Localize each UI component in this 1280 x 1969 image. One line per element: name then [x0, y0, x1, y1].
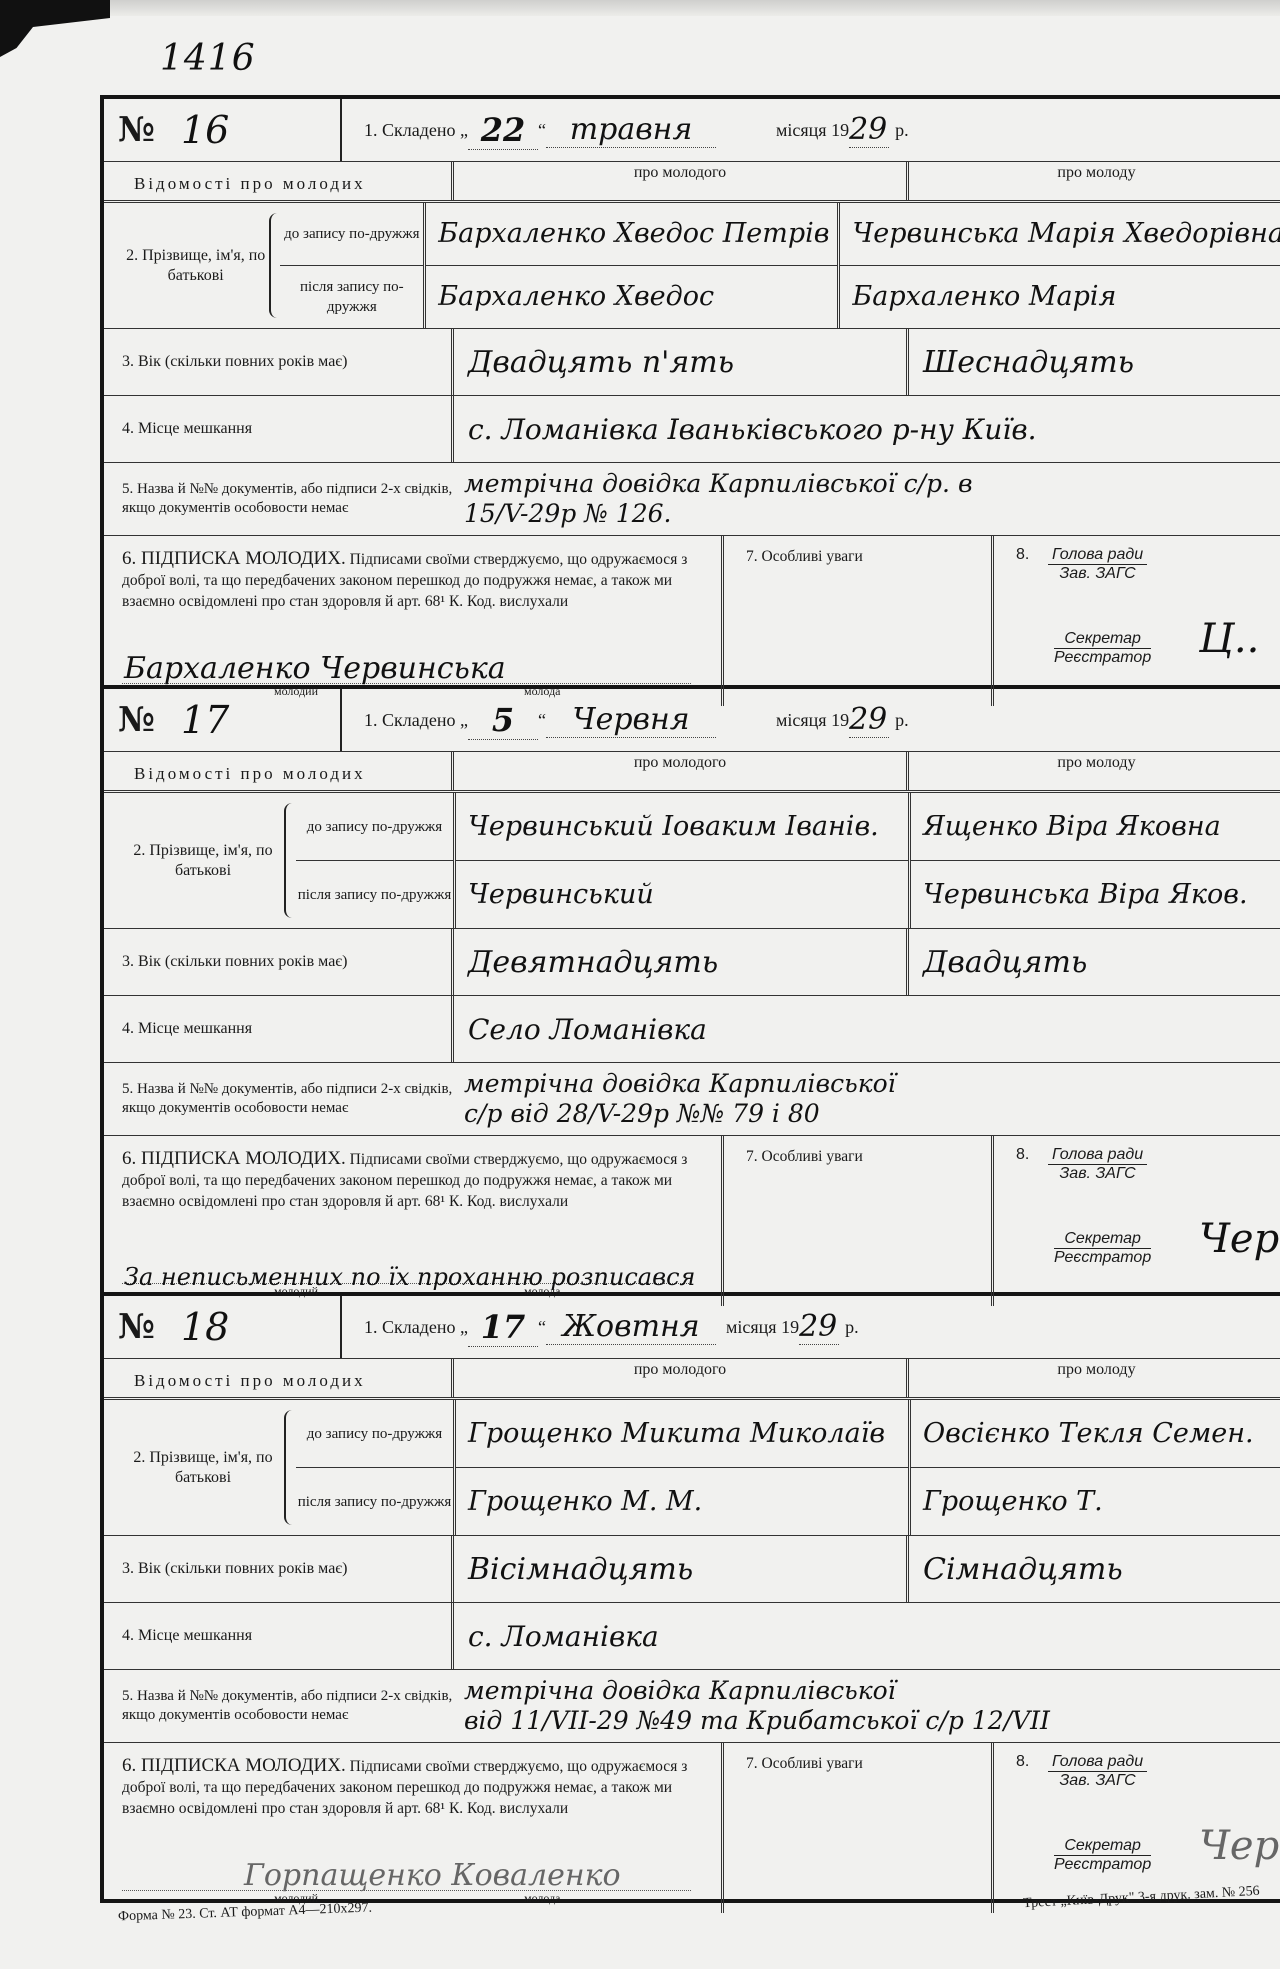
groom-name-after: Грощенко М. М.	[456, 1468, 908, 1535]
groom-name-after: Червинський	[456, 861, 908, 928]
date-month: Червня	[546, 702, 716, 738]
officials-block: 8. Голова радиЗав. ЗАГС СекретарРеєстрат…	[994, 1136, 1280, 1306]
special-notes-label: 7. Особливі уваги	[724, 1743, 994, 1913]
oath-block: 6. ПІДПИСКА МОЛОДИХ. Підписами своїми ст…	[104, 1136, 724, 1306]
record-number-value: 18	[181, 1305, 229, 1349]
signature-row: 6. ПІДПИСКА МОЛОДИХ. Підписами своїми ст…	[104, 536, 1280, 706]
age-label: 3. Вік (скільки повних років має)	[104, 329, 454, 395]
groom-age: Вісімнадцять	[454, 1536, 909, 1602]
registrar-label: Реєстратор	[1054, 1249, 1151, 1267]
groom-age: Девятнадцять	[454, 929, 909, 995]
record-header: № 17 1. Складено „ 5 “ Червня місяця 19 …	[104, 689, 1280, 752]
bride-name-after: Бархаленко Марія	[840, 266, 1280, 328]
documents-value: метрічна довідка Карпилівської с/р. в15/…	[454, 463, 1280, 535]
section-title: Відомості про молодих	[104, 162, 454, 200]
groom-name-before: Грощенко Микита Миколаїв	[456, 1400, 908, 1468]
special-notes-label: 7. Особливі уваги	[724, 1136, 994, 1306]
age-row: 3. Вік (скільки повних років має) Двадця…	[104, 329, 1280, 396]
residence-value: с. Ломанівка Іваньківського р-ну Київ.	[454, 396, 1280, 462]
special-notes-label: 7. Особливі уваги	[724, 536, 994, 706]
year-suffix: р.	[845, 1317, 859, 1338]
oath-title: 6. ПІДПИСКА МОЛОДИХ.	[122, 1148, 346, 1169]
record-number-value: 17	[181, 698, 229, 742]
age-row: 3. Вік (скільки повних років має) Девятн…	[104, 929, 1280, 996]
compiled-date: 1. Складено „ 22 “ травня місяця 19 29 р…	[342, 111, 1280, 150]
documents-line-2: від 11/VII-29 №49 та Крибатської с/р 12/…	[464, 1706, 1050, 1736]
zags-head-label: Зав. ЗАГС	[1048, 1165, 1147, 1183]
compiled-label: 1. Складено „	[364, 1317, 468, 1338]
bride-column-header: про молоду	[909, 752, 1280, 790]
oath-title: 6. ПІДПИСКА МОЛОДИХ.	[122, 1755, 346, 1776]
before-marriage-label: до запису по-дружжя	[296, 793, 453, 861]
record-number: № 17	[104, 689, 342, 751]
name-label: 2. Прізвище, ім'я, по батькові	[104, 203, 269, 328]
quote-mark: “	[538, 1317, 546, 1338]
oath-block: 6. ПІДПИСКА МОЛОДИХ. Підписами своїми ст…	[104, 1743, 724, 1913]
documents-line-1: метрічна довідка Карпилівської с/р. в	[464, 469, 973, 499]
documents-value: метрічна довідка Карпилівськоїс/р від 28…	[454, 1063, 1280, 1135]
date-day: 5	[468, 701, 538, 740]
documents-line-2: 15/V-29р № 126.	[464, 499, 671, 529]
groom-column-header: про молодого	[454, 1359, 909, 1397]
documents-label: 5. Назва й №№ документів, або підписи 2-…	[104, 463, 454, 535]
age-label: 3. Вік (скільки повних років має)	[104, 929, 454, 995]
number-sign: №	[118, 700, 155, 740]
after-marriage-label: після запису по-дружжя	[296, 1468, 453, 1535]
registrar-signature: Чер..	[1199, 1216, 1280, 1262]
record-18: № 18 1. Складено „ 17 “ Жовтня місяця 19…	[104, 1296, 1280, 1903]
brace	[284, 1410, 296, 1525]
couple-signatures: Горпащенко Коваленко	[244, 1861, 621, 1891]
brace	[269, 213, 280, 318]
groom-name-before: Червинський Іоваким Іванів.	[456, 793, 908, 861]
documents-row: 5. Назва й №№ документів, або підписи 2-…	[104, 463, 1280, 536]
documents-line-2: с/р від 28/V-29р №№ 79 і 80	[464, 1099, 820, 1129]
head-of-council-label: Голова ради	[1048, 1146, 1147, 1165]
date-year: 29	[849, 702, 889, 738]
bride-name-after: Грощенко Т.	[911, 1468, 1280, 1535]
age-row: 3. Вік (скільки повних років має) Вісімн…	[104, 1536, 1280, 1603]
registrar-signature: Чер..	[1199, 1823, 1280, 1869]
compiled-label: 1. Складено „	[364, 710, 468, 731]
name-label: 2. Прізвище, ім'я, по батькові	[104, 793, 284, 928]
bride-name-before: Овсієнко Текля Семен.	[911, 1400, 1280, 1468]
oath-title: 6. ПІДПИСКА МОЛОДИХ.	[122, 548, 346, 569]
name-row: 2. Прізвище, ім'я, по батькові до запису…	[104, 793, 1280, 929]
quote-mark: “	[538, 710, 546, 731]
name-label: 2. Прізвище, ім'я, по батькові	[104, 1400, 284, 1535]
date-year: 29	[849, 112, 889, 148]
signature-row: 6. ПІДПИСКА МОЛОДИХ. Підписами своїми ст…	[104, 1136, 1280, 1306]
after-marriage-label: після запису по-дружжя	[296, 861, 453, 928]
compiled-date: 1. Складено „ 17 “ Жовтня місяця 19 29 р…	[342, 1308, 1280, 1347]
year-suffix: р.	[895, 710, 909, 731]
section-title: Відомості про молодих	[104, 1359, 454, 1397]
secretary-label: Секретар	[1054, 1230, 1151, 1249]
number-sign: №	[118, 110, 155, 150]
section-header: Відомості про молодих про молодого про м…	[104, 1359, 1280, 1400]
oath-block: 6. ПІДПИСКА МОЛОДИХ. Підписами своїми ст…	[104, 536, 724, 706]
signature-row: 6. ПІДПИСКА МОЛОДИХ. Підписами своїми ст…	[104, 1743, 1280, 1913]
record-header: № 18 1. Складено „ 17 “ Жовтня місяця 19…	[104, 1296, 1280, 1359]
bride-age: Сімнадцять	[909, 1536, 1280, 1602]
officials-number: 8.	[1016, 1753, 1044, 1771]
documents-line-1: метрічна довідка Карпилівської	[464, 1069, 896, 1099]
section-title: Відомості про молодих	[104, 752, 454, 790]
residence-row: 4. Місце мешкання с. Ломанівка	[104, 1603, 1280, 1670]
residence-value: Село Ломанівка	[454, 996, 1280, 1062]
zags-head-label: Зав. ЗАГС	[1048, 565, 1147, 583]
bride-age: Двадцять	[909, 929, 1280, 995]
marriage-register-form: № 16 1. Складено „ 22 “ травня місяця 19…	[100, 95, 1280, 1903]
record-header: № 16 1. Складено „ 22 “ травня місяця 19…	[104, 99, 1280, 162]
bride-column-header: про молоду	[909, 1359, 1280, 1397]
documents-row: 5. Назва й №№ документів, або підписи 2-…	[104, 1063, 1280, 1136]
groom-age: Двадцять п'ять	[454, 329, 909, 395]
record-number: № 16	[104, 99, 342, 161]
officials-block: 8. Голова радиЗав. ЗАГС СекретарРеєстрат…	[994, 536, 1280, 706]
page-shadow	[110, 0, 1280, 16]
residence-row: 4. Місце мешкання Село Ломанівка	[104, 996, 1280, 1063]
month-label: місяця 19	[776, 710, 849, 731]
after-marriage-label: після запису по-дружжя	[280, 266, 423, 328]
documents-label: 5. Назва й №№ документів, або підписи 2-…	[104, 1063, 454, 1135]
documents-value: метрічна довідка Карпилівськоївід 11/VII…	[454, 1670, 1280, 1742]
date-month: Жовтня	[546, 1309, 716, 1345]
year-suffix: р.	[895, 120, 909, 141]
age-label: 3. Вік (скільки повних років має)	[104, 1536, 454, 1602]
date-day: 17	[468, 1308, 538, 1347]
head-of-council-label: Голова ради	[1048, 1753, 1147, 1772]
couple-signatures: Бархаленко Червинська	[124, 654, 506, 684]
registrar-signature: Ц..	[1199, 616, 1259, 662]
residence-value: с. Ломанівка	[454, 1603, 1280, 1669]
month-label: місяця 19	[776, 120, 849, 141]
before-marriage-label: до запису по-дружжя	[280, 203, 423, 266]
registrar-label: Реєстратор	[1054, 649, 1151, 667]
officials-number: 8.	[1016, 546, 1044, 564]
quote-mark: “	[538, 120, 546, 141]
record-number-value: 16	[181, 108, 229, 152]
couple-signatures: За неписьменних по їх проханню розписавс…	[124, 1262, 695, 1292]
documents-label: 5. Назва й №№ документів, або підписи 2-…	[104, 1670, 454, 1742]
before-marriage-label: до запису по-дружжя	[296, 1400, 453, 1468]
record-16: № 16 1. Складено „ 22 “ травня місяця 19…	[104, 99, 1280, 689]
bride-name-after: Червинська Віра Яков.	[911, 861, 1280, 928]
documents-row: 5. Назва й №№ документів, або підписи 2-…	[104, 1670, 1280, 1743]
compiled-date: 1. Складено „ 5 “ Червня місяця 19 29 р.	[342, 701, 1280, 740]
registrar-label: Реєстратор	[1054, 1856, 1151, 1874]
documents-line-1: метрічна довідка Карпилівської	[464, 1676, 896, 1706]
record-number: № 18	[104, 1296, 342, 1358]
bride-column-header: про молоду	[909, 162, 1280, 200]
groom-column-header: про молодого	[454, 752, 909, 790]
compiled-label: 1. Складено „	[364, 120, 468, 141]
section-header: Відомості про молодих про молодого про м…	[104, 162, 1280, 203]
number-sign: №	[118, 1307, 155, 1347]
residence-row: 4. Місце мешкання с. Ломанівка Іваньківс…	[104, 396, 1280, 463]
brace	[284, 803, 296, 918]
bride-name-before: Ященко Віра Яковна	[911, 793, 1280, 861]
pencil-archive-number: 1416	[160, 38, 256, 79]
residence-label: 4. Місце мешкання	[104, 396, 454, 462]
groom-column-header: про молодого	[454, 162, 909, 200]
section-header: Відомості про молодих про молодого про м…	[104, 752, 1280, 793]
zags-head-label: Зав. ЗАГС	[1048, 1772, 1147, 1790]
groom-name-before: Бархаленко Хведос Петрів	[426, 203, 837, 266]
secretary-label: Секретар	[1054, 1837, 1151, 1856]
head-of-council-label: Голова ради	[1048, 546, 1147, 565]
scan-dark-corner	[0, 0, 110, 60]
date-year: 29	[799, 1309, 839, 1345]
groom-name-after: Бархаленко Хведос	[426, 266, 837, 328]
bride-signature-label: молода	[524, 1888, 561, 1909]
bride-name-before: Червинська Марія Хведорівна	[840, 203, 1280, 266]
date-month: травня	[546, 112, 716, 148]
residence-label: 4. Місце мешкання	[104, 996, 454, 1062]
name-row: 2. Прізвище, ім'я, по батькові до запису…	[104, 1400, 1280, 1536]
residence-label: 4. Місце мешкання	[104, 1603, 454, 1669]
secretary-label: Секретар	[1054, 630, 1151, 649]
month-label: місяця 19	[726, 1317, 799, 1338]
name-row: 2. Прізвище, ім'я, по батькові до запису…	[104, 203, 1280, 329]
officials-number: 8.	[1016, 1146, 1044, 1164]
date-day: 22	[468, 111, 538, 150]
record-17: № 17 1. Складено „ 5 “ Червня місяця 19 …	[104, 689, 1280, 1296]
bride-age: Шеснадцять	[909, 329, 1280, 395]
